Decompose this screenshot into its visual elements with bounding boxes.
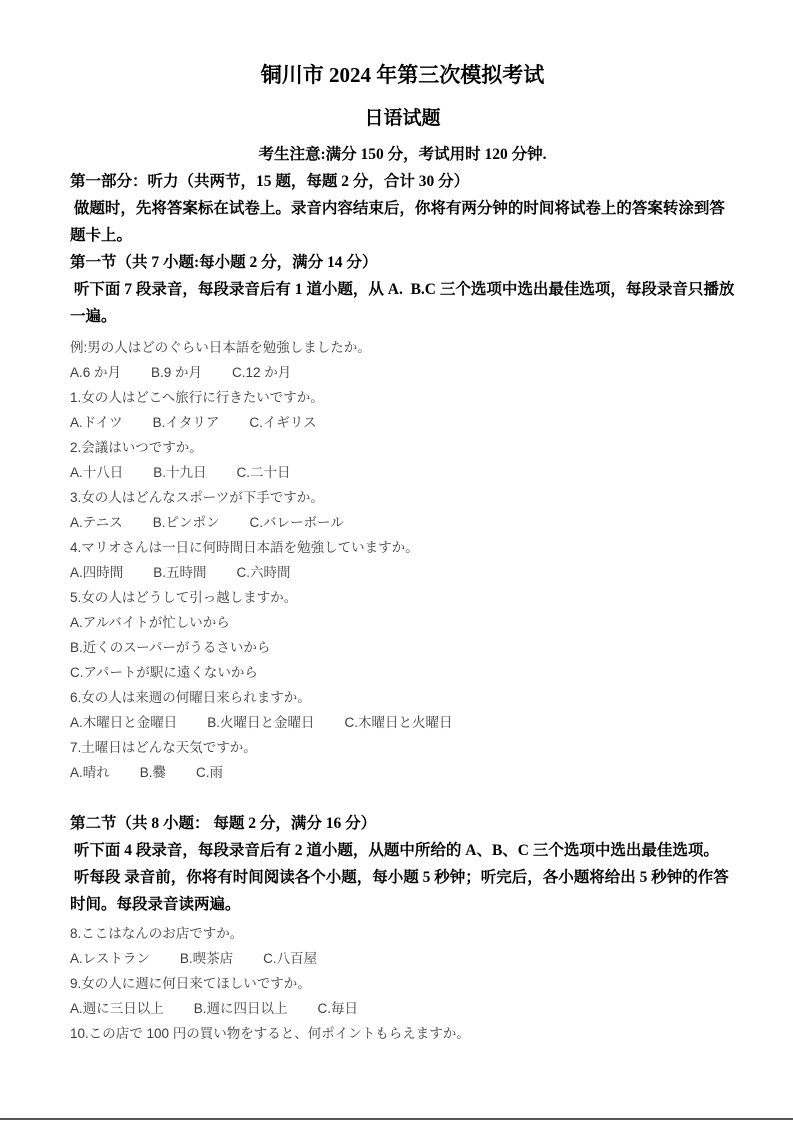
section1-heading: 第一节（共 7 小题:每小题 2 分，满分 14 分） — [70, 249, 735, 276]
option-a: A.十八日 — [70, 460, 123, 485]
question-10: 10.この店で 100 円の買い物をすると、何ポイントもらえますか。 — [70, 1021, 735, 1046]
option-a: A.テニス — [70, 510, 123, 535]
example-options-row: A.6 か月 B.9 か月 C.12 か月 — [70, 360, 735, 385]
question-6-options-row: A.木曜日と金曜日 B.火曜日と金曜日 C.木曜日と火曜日 — [70, 710, 735, 735]
option-b: B.十九日 — [153, 460, 206, 485]
section1-instructions: 听下面 7 段录音，每段录音后有 1 道小题，从 A. B.C 三个选项中选出最… — [70, 276, 735, 330]
section2-instructions-2: 听每段 录音前，你将有时间阅读各个小题，每小题 5 秒钟；听完后，各小题将给出 … — [70, 864, 735, 918]
part1-instructions: 做题时，先将答案标在试卷上。录音内容结束后，你将有两分钟的时间将试卷上的答案转涂… — [70, 195, 735, 249]
question-5-option-b: B.近くのスーパーがうるさいから — [70, 635, 735, 660]
option-a: A.レストラン — [70, 946, 150, 971]
option-b: B.火曜日と金曜日 — [207, 710, 314, 735]
option-a: A.四時間 — [70, 560, 123, 585]
option-c: C.二十日 — [237, 460, 291, 485]
question-8-options-row: A.レストラン B.喫茶店 C.八百屋 — [70, 946, 735, 971]
option-b: B.爨 — [140, 760, 166, 785]
question-2-options-row: A.十八日 B.十九日 C.二十日 — [70, 460, 735, 485]
section2-instructions-1: 听下面 4 段录音，每段录音后有 2 道小题，从题中所给的 A、B、C 三个选项… — [70, 837, 735, 864]
page-title: 铜川市 2024 年第三次模拟考试 — [70, 62, 735, 88]
question-4: 4.マリオさんは一日に何時間日本語を勉強していますか。 — [70, 535, 735, 560]
option-c: C.バレーボール — [249, 510, 343, 535]
option-b: B.喫茶店 — [180, 946, 233, 971]
option-a: A.晴れ — [70, 760, 110, 785]
option-a: A.木曜日と金曜日 — [70, 710, 177, 735]
question-5: 5.女の人はどうして引っ越しますか。 — [70, 585, 735, 610]
option-c: C.12 か月 — [232, 360, 291, 385]
question-1-options-row: A.ドイツ B.イタリア C.イギリス — [70, 410, 735, 435]
option-c: C.木曜日と火曜日 — [345, 710, 453, 735]
question-7-options-row: A.晴れ B.爨 C.雨 — [70, 760, 735, 785]
question-5-option-c: C.アパートが駅に遠くないから — [70, 660, 735, 685]
page-bottom-divider — [0, 1118, 793, 1120]
exam-paper-page: 铜川市 2024 年第三次模拟考试 日语试题 考生注意:满分 150 分，考试用… — [0, 0, 793, 1122]
option-c: C.八百屋 — [263, 946, 317, 971]
option-a: A.ドイツ — [70, 410, 123, 435]
option-a: A.6 か月 — [70, 360, 121, 385]
question-8: 8.ここはなんのお店ですか。 — [70, 921, 735, 946]
question-5-option-a: A.アルバイトが忙しいから — [70, 610, 735, 635]
question-2: 2.会議はいつですか。 — [70, 435, 735, 460]
option-c: C.イギリス — [249, 410, 316, 435]
option-b: B.週に四日以上 — [194, 996, 288, 1021]
question-3-options-row: A.テニス B.ピンポン C.バレーボール — [70, 510, 735, 535]
option-c: C.雨 — [196, 760, 223, 785]
option-b: B.ピンポン — [153, 510, 220, 535]
question-1: 1.女の人はどこへ旅行に行きたいですか。 — [70, 385, 735, 410]
option-b: B.9 か月 — [151, 360, 202, 385]
option-a: A.週に三日以上 — [70, 996, 164, 1021]
option-c: C.毎日 — [318, 996, 359, 1021]
option-b: B.五時間 — [153, 560, 206, 585]
page-subtitle: 日语试题 — [70, 106, 735, 132]
question-3: 3.女の人はどんなスポーツが下手ですか。 — [70, 485, 735, 510]
option-b: B.イタリア — [153, 410, 220, 435]
example-question: 例:男の人はどのぐらい日本語を勉強しましたか。 — [70, 335, 735, 360]
option-c: C.六時間 — [237, 560, 291, 585]
candidate-notice: 考生注意:满分 150 分，考试用时 120 分钟. — [70, 141, 735, 168]
question-6: 6.女の人は来週の何曜日来られますか。 — [70, 685, 735, 710]
part1-heading: 第一部分：听力（共两节，15 题，每题 2 分，合计 30 分） — [70, 168, 735, 195]
question-7: 7.土曜日はどんな天気ですか。 — [70, 735, 735, 760]
section2-heading: 第二节（共 8 小题： 每题 2 分，满分 16 分） — [70, 810, 735, 837]
question-9: 9.女の人に週に何日来てほしいですか。 — [70, 971, 735, 996]
question-4-options-row: A.四時間 B.五時間 C.六時間 — [70, 560, 735, 585]
question-9-options-row: A.週に三日以上 B.週に四日以上 C.毎日 — [70, 996, 735, 1021]
